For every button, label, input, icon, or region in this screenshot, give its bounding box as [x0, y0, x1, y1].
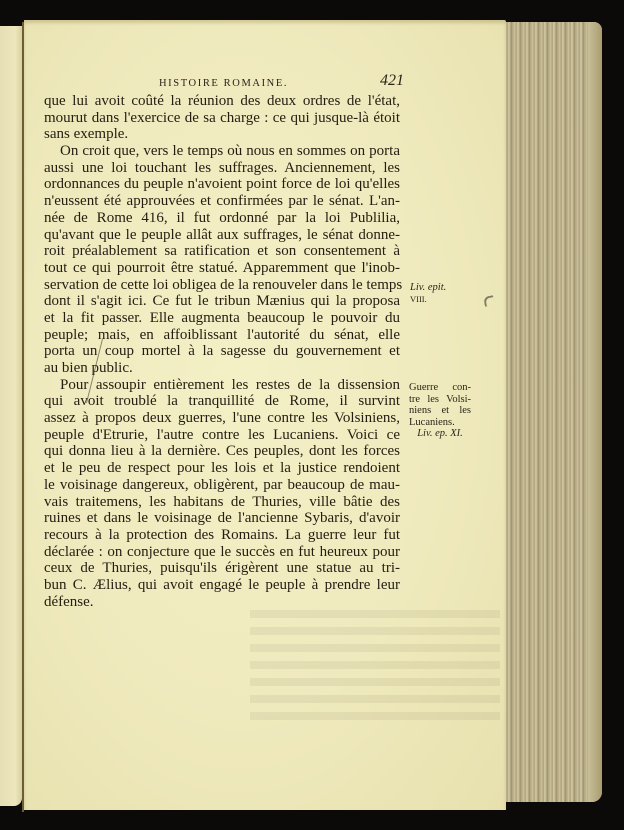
text-line: défense. — [44, 594, 400, 611]
page-number: 421 — [380, 72, 404, 90]
text-line: qui donna lieu à la dernière. Ces peuple… — [44, 443, 400, 460]
text-line: n'eussent été approuvées et confirmées p… — [44, 193, 400, 210]
text-line: déclarée : on conjecture que le succès e… — [44, 544, 400, 561]
text-line: ordonnances du peuple n'avoient point fo… — [44, 176, 400, 193]
ink-mark — [483, 295, 495, 307]
margin-note-line: VIII. — [410, 294, 446, 306]
text-line: dont il s'agit ici. Ce fut le tribun Mæn… — [44, 293, 400, 310]
text-line: et le peu de respect pour les lois et la… — [44, 460, 400, 477]
text-line: recours à la protection des Romains. La … — [44, 527, 400, 544]
text-line: aussi une loi touchant les suffrages. An… — [44, 160, 400, 177]
text-line: née de Rome 416, il fut ordonné par la l… — [44, 210, 400, 227]
text-line: peuple; mais, en affoiblissant l'autorit… — [44, 327, 400, 344]
text-line: que lui avoit coûté la réunion des deux … — [44, 93, 400, 110]
text-line: qu'avant que le peuple allât aux suffrag… — [44, 227, 400, 244]
text-line: le voisinage dangereux, obligèrent, par … — [44, 477, 400, 494]
margin-note-line: Liv. epit. — [410, 282, 446, 294]
text-line: qui avoit troublé la tranquillité de Rom… — [44, 393, 400, 410]
text-line: ruines et dans le voisinage de l'ancienn… — [44, 510, 400, 527]
text-line: servation de cette loi obligea de la ren… — [44, 277, 400, 294]
margin-note-volsinian-lucanian-war: Guerre con- tre les Volsi- niens et les … — [409, 382, 471, 440]
previous-page-edge — [0, 26, 22, 806]
text-line: sans exemple. — [44, 126, 400, 143]
text-line: tout ce qui pourroit être statué. Appare… — [44, 260, 400, 277]
paragraph-start-line: Pour assoupir entièrement les restes de … — [44, 377, 400, 394]
text-line: mourut dans l'exercice de sa charge : ce… — [44, 110, 400, 127]
text-line: au bien public. — [44, 360, 400, 377]
text-line: ceux de Thuries, puisqu'ils érigèrent un… — [44, 560, 400, 577]
text-line: bun C. Ælius, qui avoit engagé le peuple… — [44, 577, 400, 594]
text-line: et la fit passer. Elle augmenta beaucoup… — [44, 310, 400, 327]
margin-note-line: Guerre con- — [409, 382, 471, 394]
margin-note-line: niens et les — [409, 405, 471, 417]
body-text: que lui avoit coûté la réunion des deux … — [44, 93, 400, 610]
paragraph-start-line: On croit que, vers le temps où nous en s… — [44, 143, 400, 160]
margin-note-line: Liv. ep. XI. — [409, 428, 471, 440]
margin-note-line: tre les Volsi- — [409, 394, 471, 406]
page-block-fore-edge — [504, 22, 602, 802]
text-line: vais traitemens, les habitans de Thuries… — [44, 494, 400, 511]
running-head: HISTOIRE ROMAINE. — [159, 78, 288, 89]
book-scan: HISTOIRE ROMAINE. 421 que lui avoit coût… — [0, 0, 624, 830]
margin-note-line: Lucaniens. — [409, 417, 471, 429]
margin-note-livy-epit-viii: Liv. epit. VIII. — [410, 282, 446, 305]
text-line: assez à propos deux guerres, l'une contr… — [44, 410, 400, 427]
text-line: peuple d'Etrurie, l'autre contre les Luc… — [44, 427, 400, 444]
text-line: roit préalablement sa ratification et so… — [44, 243, 400, 260]
bleed-through-text — [250, 610, 500, 720]
